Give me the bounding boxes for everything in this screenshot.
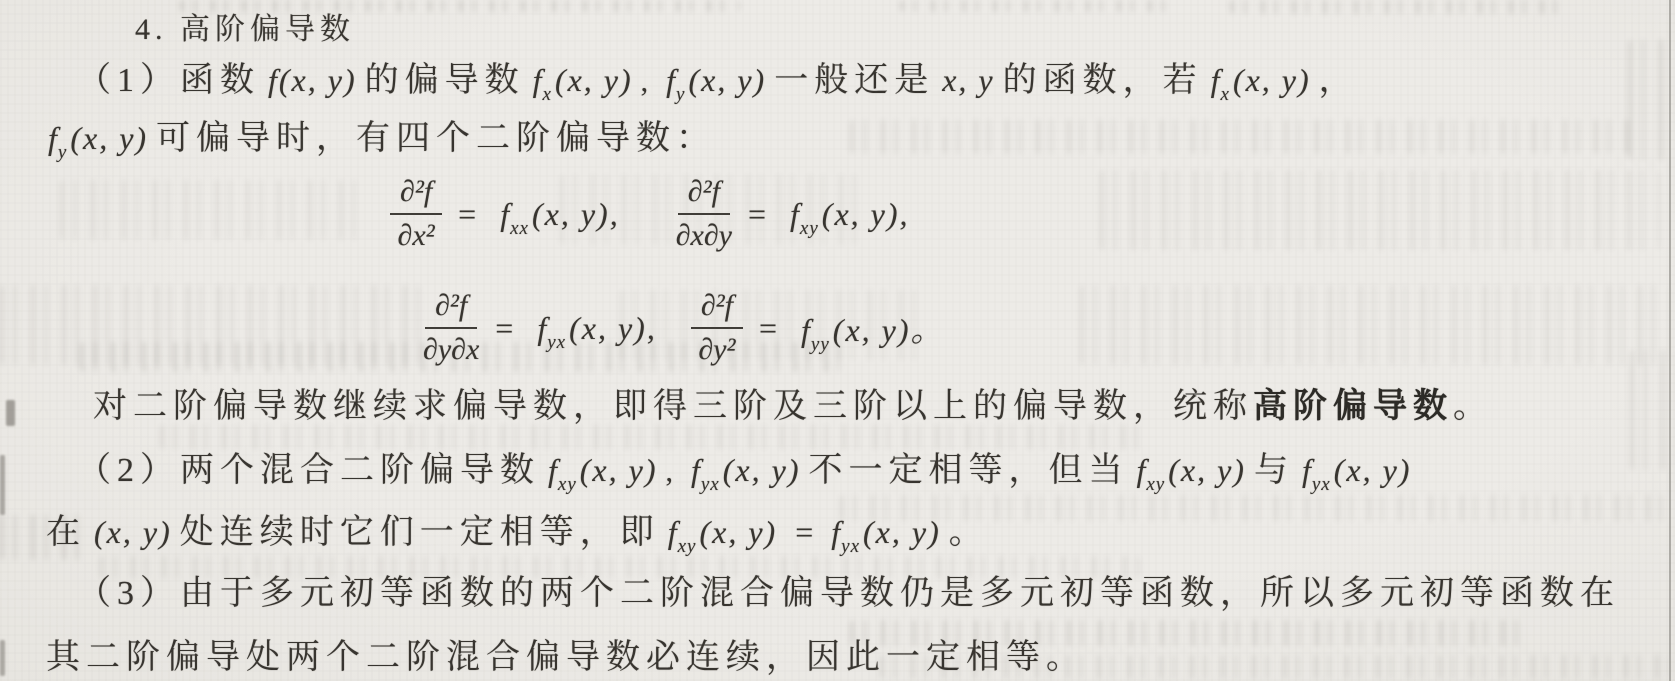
body-text: 。 [949,511,989,555]
scan-speck [6,400,15,426]
equals-sign: = [759,310,777,347]
body-text: 对二阶偏导数继续求偏导数，即得三阶及三阶以上的偏导数，统称 [93,385,1253,429]
math-base: f [790,196,799,233]
math-base: f [1302,448,1311,492]
bleedthrough-artifact [1628,40,1668,160]
math-subscript: xy [800,218,819,240]
bleedthrough-artifact [1080,285,1670,365]
math-term: f xx (x, y), [500,196,619,233]
fraction: ∂²f ∂y∂x [423,289,479,366]
math-base: f [831,510,840,554]
scan-speck [0,640,5,676]
fraction-denominator: ∂y∂x [423,329,479,367]
body-text: 其二阶偏导处两个二阶混合偏导数必连续，因此一定相等。 [46,636,1086,680]
fraction: ∂²f ∂y² [691,289,743,366]
section-heading: 4. 高阶偏导数 [135,8,355,52]
math-term: f x (x, y) [533,58,633,108]
bleedthrough-artifact [1100,170,1660,250]
math-subscript: yx [701,463,720,507]
math-base: f [668,510,677,554]
body-text: 的偏导数 [365,59,525,103]
body-text: 可偏导时，有四个二阶偏导数： [156,117,716,161]
math-base: f [537,310,546,347]
math-subscript: yy [811,334,830,356]
formula-row-1: ∂²f ∂x² = f xx (x, y), ∂²f ∂x∂y = f xy (… [0,166,918,262]
fraction-numerator: ∂²f [390,175,442,215]
math-base: f [666,58,675,102]
math-args: (x, y) [580,448,658,492]
math-args: (x, y), [532,196,620,233]
para1-line1: （1）函数 f(x, y) 的偏导数 f x (x, y) , f y (x, … [77,58,1359,108]
body-text: 的函数，若 [1003,59,1203,103]
math-term: f yx (x, y) [831,510,940,560]
equals-sign: = [795,510,813,554]
bleedthrough-artifact [1230,0,1560,14]
math-subscript: y [676,73,685,117]
math-subscript: yx [547,332,566,354]
math-args: (x, y) [555,58,633,102]
math-term: f yx (x, y) [1302,448,1411,498]
formula-row-2: ∂²f ∂y∂x = f yx (x, y), ∂²f ∂y² = f yy (… [0,280,953,376]
math-base: f [548,448,557,492]
fraction-numerator: ∂²f [425,289,477,329]
scan-speck [0,455,5,515]
math-base: f [1136,448,1145,492]
body-text: 在 [46,511,86,555]
math-term: f xy (x, y) [668,510,777,560]
math-subscript: xy [1146,463,1165,507]
math-args: (x, y)。 [833,305,945,351]
math-term: f yx (x, y) [691,448,800,498]
fraction-denominator: ∂x² [398,215,435,253]
math-term: f xy (x, y), [790,196,909,233]
math-args: (x, y), [822,196,910,233]
para1-line2: f y (x, y) 可偏导时，有四个二阶偏导数： [40,116,716,166]
equals-sign: = [748,196,766,233]
math-term: f x (x, y) [1211,58,1311,108]
math-subscript: xy [678,525,697,569]
body-text: （1）函数 [77,59,260,103]
math-base: f [801,312,810,349]
math-args: (x, y) [1168,448,1246,492]
math-args: (x, y) [863,510,941,554]
fraction: ∂²f ∂x² [390,175,442,252]
body-text: 一般还是 [774,59,934,103]
math-base: f [48,116,57,160]
page-edge-line [1669,0,1671,681]
math-term: f yy (x, y)。 [801,305,945,351]
body-text: 不一定相等，但当 [808,449,1128,493]
math-subscript: yx [841,525,860,569]
math-subscript: x [543,73,552,117]
scanned-textbook-page: 4. 高阶偏导数 （1）函数 f(x, y) 的偏导数 f x (x, y) ,… [0,0,1675,681]
math-inline: x, y [942,58,994,102]
para2: 对二阶偏导数继续求偏导数，即得三阶及三阶以上的偏导数，统称 高阶偏导数 。 [93,385,1493,429]
math-term: f xy (x, y) [548,448,657,498]
math-args: (x, y) [1233,58,1311,102]
math-base: f [533,58,542,102]
body-text: 处连续时它们一定相等，即 [180,511,660,555]
body-text: （2）两个混合二阶偏导数 [77,449,540,493]
separator: , [665,450,673,494]
math-args: (x, y) [699,510,777,554]
math-term: f xy (x, y) [1136,448,1245,498]
fraction: ∂²f ∂x∂y [676,175,732,252]
body-text: 。 [1453,385,1493,429]
equals-sign: = [458,196,476,233]
body-text: （3）由于多元初等函数的两个二阶混合偏导数仍是多元初等函数，所以多元初等函数在 [77,572,1620,616]
math-term: f yx (x, y), [537,310,656,347]
section-heading-text: 4. 高阶偏导数 [135,8,355,52]
math-base: f [691,448,700,492]
math-subscript: yx [1312,463,1331,507]
math-base: f [500,196,509,233]
math-base: f [1211,58,1220,102]
math-args: (x, y) [688,58,766,102]
fraction-denominator: ∂x∂y [676,215,732,253]
math-subscript: xy [558,463,577,507]
math-inline: (x, y) [94,510,172,554]
separator: ， [1319,59,1359,103]
body-text-bold: 高阶偏导数 [1253,385,1453,429]
math-inline: f(x, y) [268,58,357,102]
para4-line1: （3）由于多元初等函数的两个二阶混合偏导数仍是多元初等函数，所以多元初等函数在 [77,572,1620,616]
math-args: (x, y) [1334,448,1412,492]
fraction-denominator: ∂y² [698,329,735,367]
body-text: 与 [1254,449,1294,493]
fraction-numerator: ∂²f [678,175,730,215]
math-args: (x, y) [70,116,148,160]
math-args: (x, y), [569,310,657,347]
equals-sign: = [495,310,513,347]
math-subscript: x [1221,73,1230,117]
separator: , [641,60,649,104]
math-term: f y (x, y) [48,116,148,166]
math-term: f y (x, y) [666,58,766,108]
fraction-numerator: ∂²f [691,289,743,329]
para3-line2: 在 (x, y) 处连续时它们一定相等，即 f xy (x, y) = f yx… [46,510,989,560]
para3-line1: （2）两个混合二阶偏导数 f xy (x, y) , f yx (x, y) 不… [77,448,1419,498]
math-args: (x, y) [723,448,801,492]
bleedthrough-artifact [850,120,1630,154]
bleedthrough-artifact [900,0,1170,12]
math-subscript: xx [510,218,529,240]
para4-line2: 其二阶偏导处两个二阶混合偏导数必连续，因此一定相等。 [46,636,1086,680]
